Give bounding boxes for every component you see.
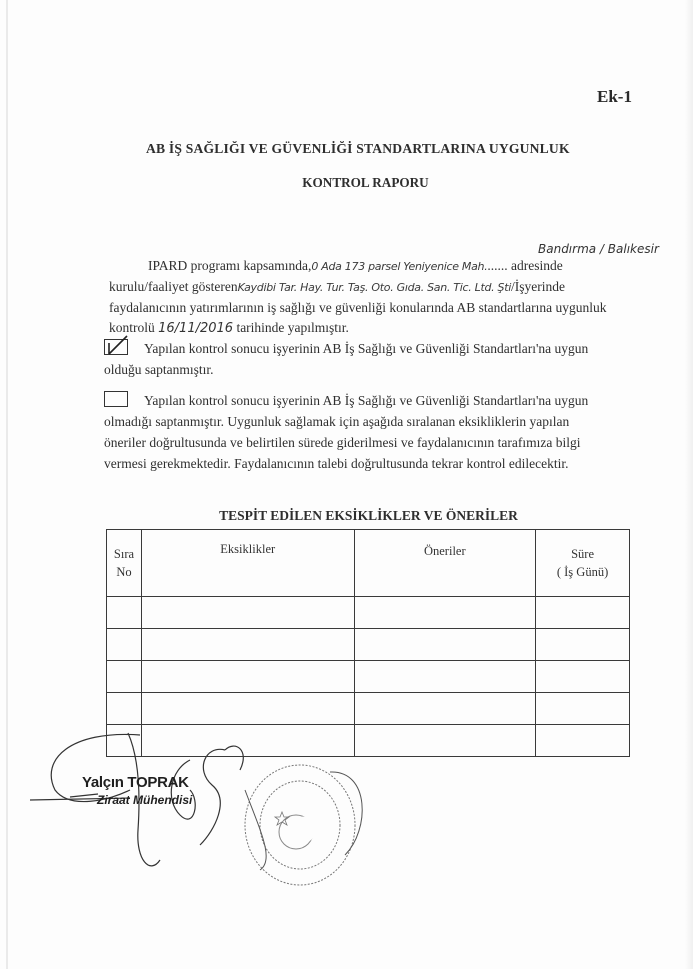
intro-line-3: faydalanıcının yatırımlarının iş sağlığı… [109,298,629,318]
stamp-star-icon [275,812,289,825]
option-non-compliant: Yapılan kontrol sonucu işyerinin AB İş S… [104,390,630,474]
table-row [107,597,630,629]
compliant-checkbox[interactable] [104,339,128,355]
table-row [107,725,630,757]
table-header-row: SıraNo Eksiklikler Öneriler Süre( İş Gün… [107,530,630,597]
header-recommendations: Öneriler [354,530,536,597]
handwritten-city: Bandırma / Balıkesir [538,242,659,256]
header-deficiencies: Eksiklikler [141,530,354,597]
intro-line-2: kurulu/faaliyet gösterenKaydibi Tar. Hay… [109,277,629,298]
header-no: SıraNo [107,530,142,597]
scanned-document-page: Ek-1 AB İŞ SAĞLIĞI VE GÜVENLİĞİ STANDART… [0,0,693,969]
annex-label: Ek-1 [597,87,632,107]
table-row [107,661,630,693]
official-stamp-icon [245,765,362,885]
signatory-name: Yalçın TOPRAK [82,774,189,791]
intro-line-1: IPARD programı kapsamında,0 Ada 173 pars… [109,256,629,277]
table-row [107,693,630,725]
scan-edge-left [6,0,8,969]
findings-table-title: TESPİT EDİLEN EKSİKLİKLER VE ÖNERİLER [0,508,693,524]
table-row [107,629,630,661]
signatory-title: Ziraat Mühendisi [97,793,192,807]
header-duration: Süre( İş Günü) [536,530,630,597]
check-mark-icon [105,334,131,356]
document-title: AB İŞ SAĞLIĞI VE GÜVENLİĞİ STANDARTLARIN… [146,141,570,157]
option-compliant: Yapılan kontrol sonucu işyerinin AB İş S… [104,338,630,380]
handwritten-date: 16/11/2016 [158,321,233,336]
non-compliant-checkbox[interactable] [104,391,128,407]
intro-paragraph: IPARD programı kapsamında,0 Ada 173 pars… [109,256,629,339]
intro-line-4: kontrolü 16/11/2016 tarihinde yapılmıştı… [109,318,629,339]
findings-table: SıraNo Eksiklikler Öneriler Süre( İş Gün… [106,529,630,757]
handwritten-address: 0 Ada 173 parsel Yeniyenice Mah. [311,260,487,273]
handwritten-company: Kaydibi Tar. Hay. Tur. Taş. Oto. Gıda. S… [238,281,511,294]
document-subtitle: KONTROL RAPORU [0,175,693,191]
scan-edge-right [685,0,693,969]
